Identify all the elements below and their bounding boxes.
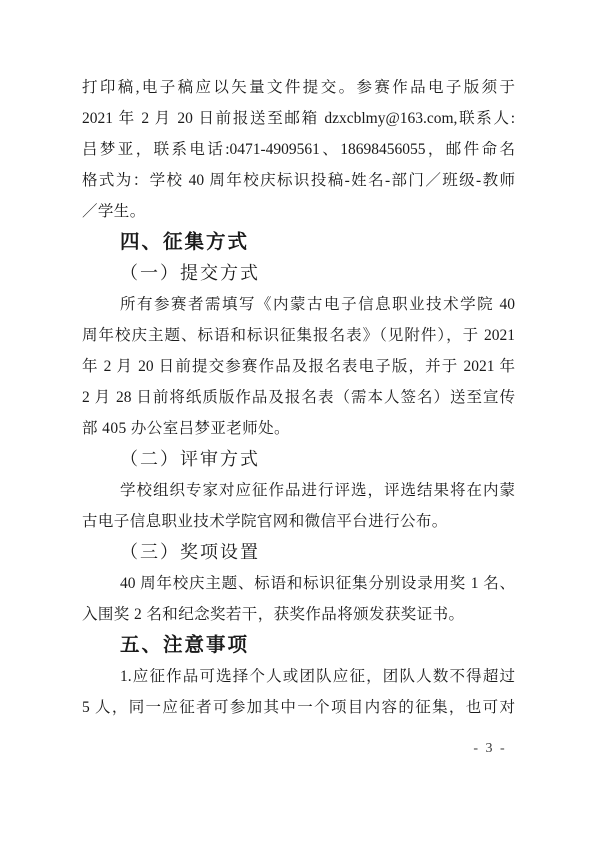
doc-line: 2021 年 2 月 20 日前报送至邮箱 dzxcblmy@163.com,联…: [82, 103, 515, 134]
doc-line: 2 月 28 日前将纸质版作品及报名表（需本人签名）送至宣传: [82, 382, 515, 413]
doc-line: 吕梦亚，联系电话:0471-4909561、18698456055，邮件命名: [82, 134, 515, 165]
doc-line: 学校组织专家对应征作品进行评选，评选结果将在内蒙: [82, 475, 515, 506]
doc-line: 1.应征作品可选择个人或团队应征，团队人数不得超过: [82, 661, 515, 692]
doc-line: 部 405 办公室吕梦亚老师处。: [82, 413, 515, 444]
doc-line: 古电子信息职业技术学院官网和微信平台进行公布。: [82, 506, 515, 537]
doc-line: 打印稿,电子稿应以矢量文件提交。参赛作品电子版须于: [82, 72, 515, 103]
document-page: 打印稿,电子稿应以矢量文件提交。参赛作品电子版须于2021 年 2 月 20 日…: [0, 0, 596, 842]
doc-line: 格式为：学校 40 周年校庆标识投稿-姓名-部门／班级-教师: [82, 165, 515, 196]
doc-line: 四、征集方式: [82, 227, 515, 258]
doc-line: 40 周年校庆主题、标语和标识征集分别设录用奖 1 名、: [82, 568, 515, 599]
doc-line: （二）评审方式: [82, 444, 515, 475]
document-body: 打印稿,电子稿应以矢量文件提交。参赛作品电子版须于2021 年 2 月 20 日…: [82, 72, 515, 723]
doc-line: 5 人，同一应征者可参加其中一个项目内容的征集，也可对: [82, 692, 515, 723]
doc-line: 所有参赛者需填写《内蒙古电子信息职业技术学院 40: [82, 289, 515, 320]
doc-line: （一）提交方式: [82, 258, 515, 289]
doc-line: 入围奖 2 名和纪念奖若干，获奖作品将颁发获奖证书。: [82, 599, 515, 630]
doc-line: （三）奖项设置: [82, 537, 515, 568]
doc-line: 五、注意事项: [82, 630, 515, 661]
doc-line: ／学生。: [82, 196, 515, 227]
doc-line: 周年校庆主题、标语和标识征集报名表》（见附件），于 2021: [82, 320, 515, 351]
doc-line: 年 2 月 20 日前提交参赛作品及报名表电子版，并于 2021 年: [82, 351, 515, 382]
page-number: - 3 -: [462, 741, 518, 757]
